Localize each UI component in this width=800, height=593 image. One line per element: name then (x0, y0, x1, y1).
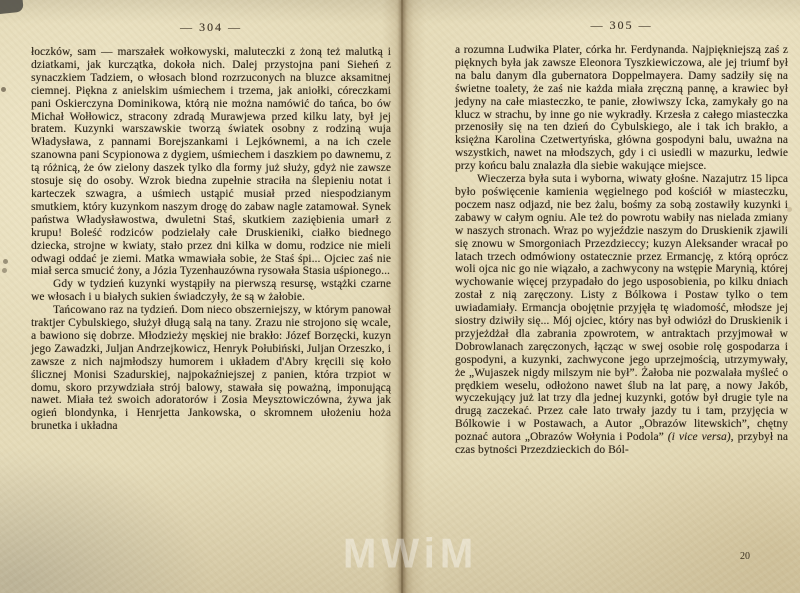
page-left-text: łoczków, sam — marszałek wołkowyski, mal… (31, 46, 391, 433)
italic-phrase: (i vice versa) (668, 431, 731, 443)
paragraph: Wieczerza była suta i wyborna, wiwaty gł… (455, 173, 788, 457)
page-right-text: a rozumna Ludwika Plater, córka hr. Ferd… (455, 44, 788, 457)
paragraph: łoczków, sam — marszałek wołkowyski, mal… (31, 46, 391, 278)
photo-corner-shadow (0, 0, 24, 14)
page-number-right: — 305 — (455, 18, 788, 33)
paragraph: Gdy w tydzień kuzynki wystąpiły na pierw… (31, 278, 391, 304)
paragraph: a rozumna Ludwika Plater, córka hr. Ferd… (455, 44, 788, 173)
paragraph-text: Wieczerza była suta i wyborna, wiwaty gł… (455, 173, 788, 443)
page-number-left: — 304 — (31, 20, 391, 35)
paragraph: Tańcowano raz na tydzień. Dom nieco obsz… (31, 304, 391, 433)
signature-mark: 20 (718, 551, 772, 562)
book-photo: — 304 — łoczków, sam — marszałek wołkowy… (0, 0, 800, 593)
gutter-crease-line (401, 0, 403, 593)
watermark: MWiM (343, 531, 478, 578)
